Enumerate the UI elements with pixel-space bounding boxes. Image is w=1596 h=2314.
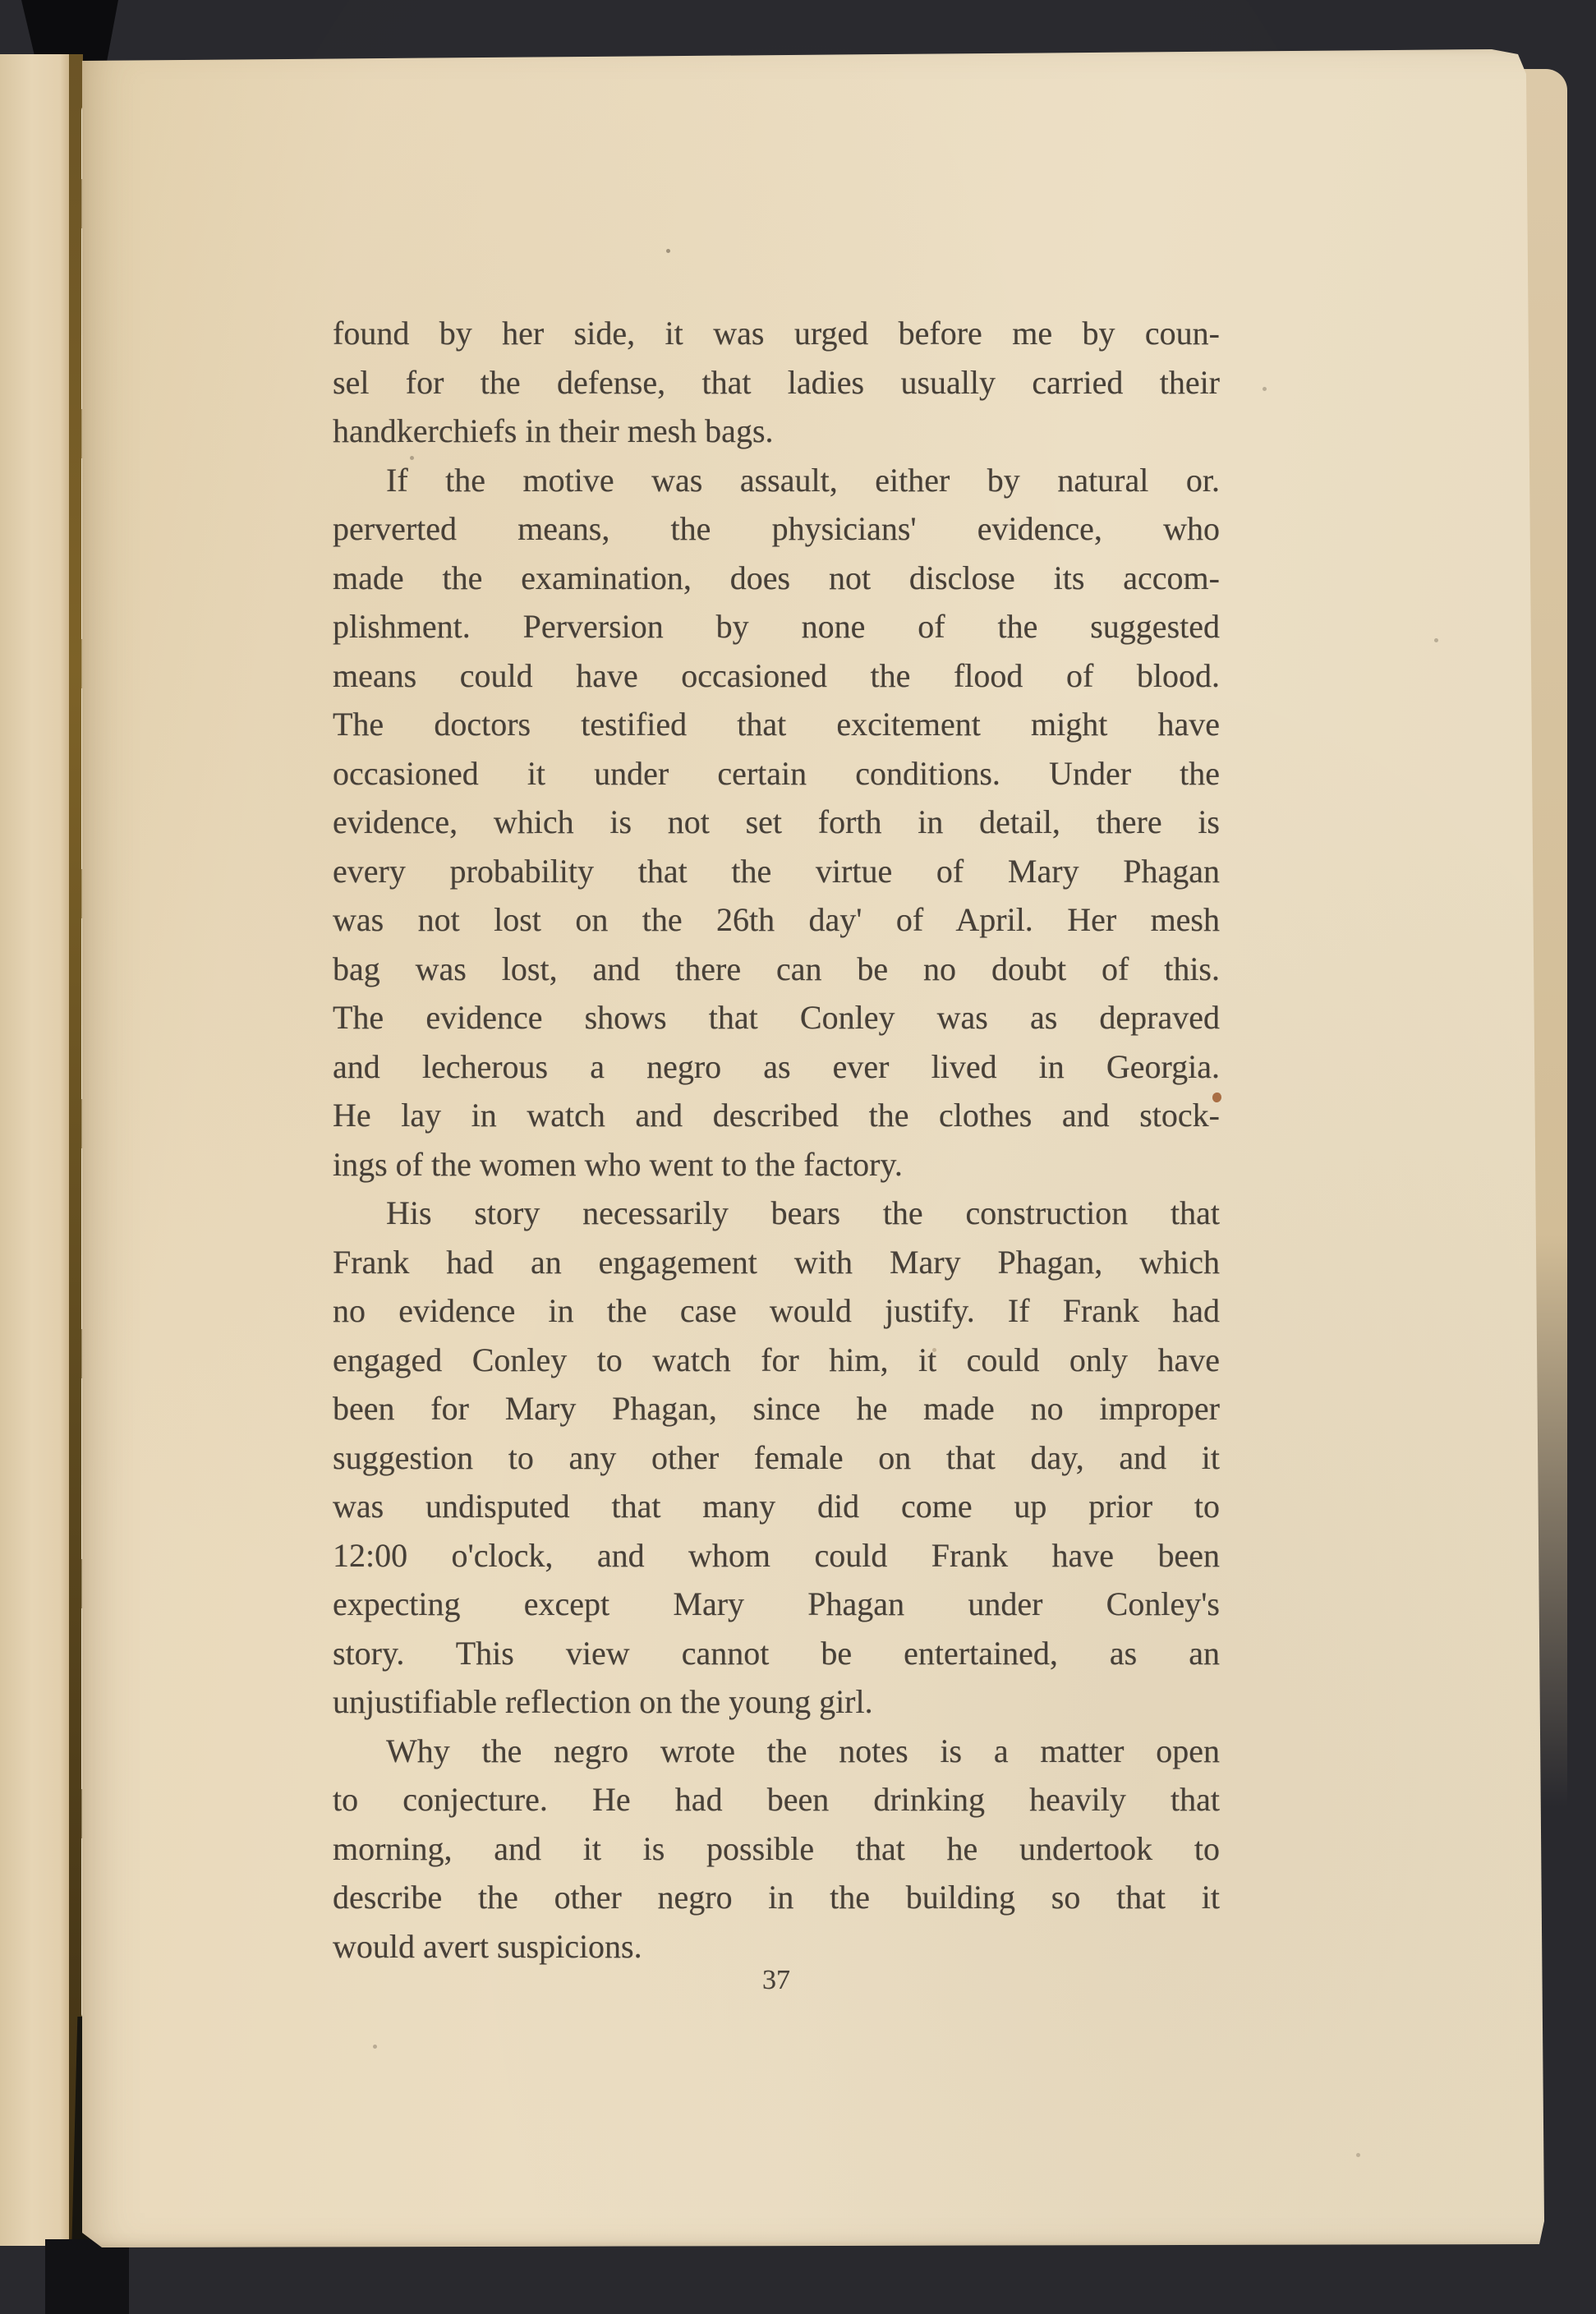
text-line: The doctors testified that excitement mi… <box>333 700 1220 749</box>
facing-page-edge <box>0 54 71 2246</box>
paragraph: His story necessarily bears the construc… <box>333 1189 1220 1727</box>
text-line: been for Mary Phagan, since he made no i… <box>333 1384 1220 1433</box>
text-line: was not lost on the 26th day' of April. … <box>333 895 1220 945</box>
text-line: morning, and it is possible that he unde… <box>333 1824 1220 1874</box>
text-line: Why the negro wrote the notes is a matte… <box>333 1727 1220 1776</box>
text-line: to conjecture. He had been drinking heav… <box>333 1775 1220 1824</box>
text-line: ings of the women who went to the factor… <box>333 1140 1220 1189</box>
text-line: found by her side, it was urged before m… <box>333 309 1220 358</box>
text-line: every probability that the virtue of Mar… <box>333 847 1220 896</box>
text-line: expecting except Mary Phagan under Conle… <box>333 1580 1220 1629</box>
paragraph: Why the negro wrote the notes is a matte… <box>333 1727 1220 1971</box>
text-line: describe the other negro in the building… <box>333 1873 1220 1922</box>
page-number: 37 <box>333 1965 1220 1996</box>
text-line: evidence, which is not set forth in deta… <box>333 798 1220 847</box>
text-line: made the examination, does not disclose … <box>333 554 1220 603</box>
text-line: handkerchiefs in their mesh bags. <box>333 407 1220 456</box>
text-line: and lecherous a negro as ever lived in G… <box>333 1042 1220 1092</box>
scanned-page-photo: found by her side, it was urged before m… <box>0 0 1596 2314</box>
text-line: would avert suspicions. <box>333 1922 1220 1971</box>
paragraph: found by her side, it was urged before m… <box>333 309 1220 456</box>
text-line: The evidence shows that Conley was as de… <box>333 993 1220 1042</box>
text-line: plishment. Perversion by none of the sug… <box>333 602 1220 651</box>
text-line: bag was lost, and there can be no doubt … <box>333 945 1220 994</box>
page-gap-notch <box>21 0 118 62</box>
text-line: story. This view cannot be entertained, … <box>333 1629 1220 1678</box>
text-line: suggestion to any other female on that d… <box>333 1433 1220 1483</box>
text-line: occasioned it under certain conditions. … <box>333 749 1220 798</box>
text-line: means could have occasioned the flood of… <box>333 651 1220 701</box>
text-line: unjustifiable reflection on the young gi… <box>333 1677 1220 1727</box>
paragraph: If the motive was assault, either by nat… <box>333 456 1220 1189</box>
text-line: was undisputed that many did come up pri… <box>333 1482 1220 1531</box>
text-line: sel for the defense, that ladies usually… <box>333 358 1220 407</box>
text-line: If the motive was assault, either by nat… <box>333 456 1220 505</box>
text-line: He lay in watch and described the clothe… <box>333 1091 1220 1140</box>
text-line: no evidence in the case would justify. I… <box>333 1286 1220 1336</box>
text-line: Frank had an engagement with Mary Phagan… <box>333 1238 1220 1287</box>
paper-specks <box>0 0 2 2</box>
gutter-shadow-below <box>45 2239 129 2314</box>
text-line: perverted means, the physicians' evidenc… <box>333 504 1220 554</box>
text-line: His story necessarily bears the construc… <box>333 1189 1220 1238</box>
text-block: found by her side, it was urged before m… <box>333 309 1220 1971</box>
text-line: 12:00 o'clock, and whom could Frank have… <box>333 1531 1220 1580</box>
text-line: engaged Conley to watch for him, it coul… <box>333 1336 1220 1385</box>
